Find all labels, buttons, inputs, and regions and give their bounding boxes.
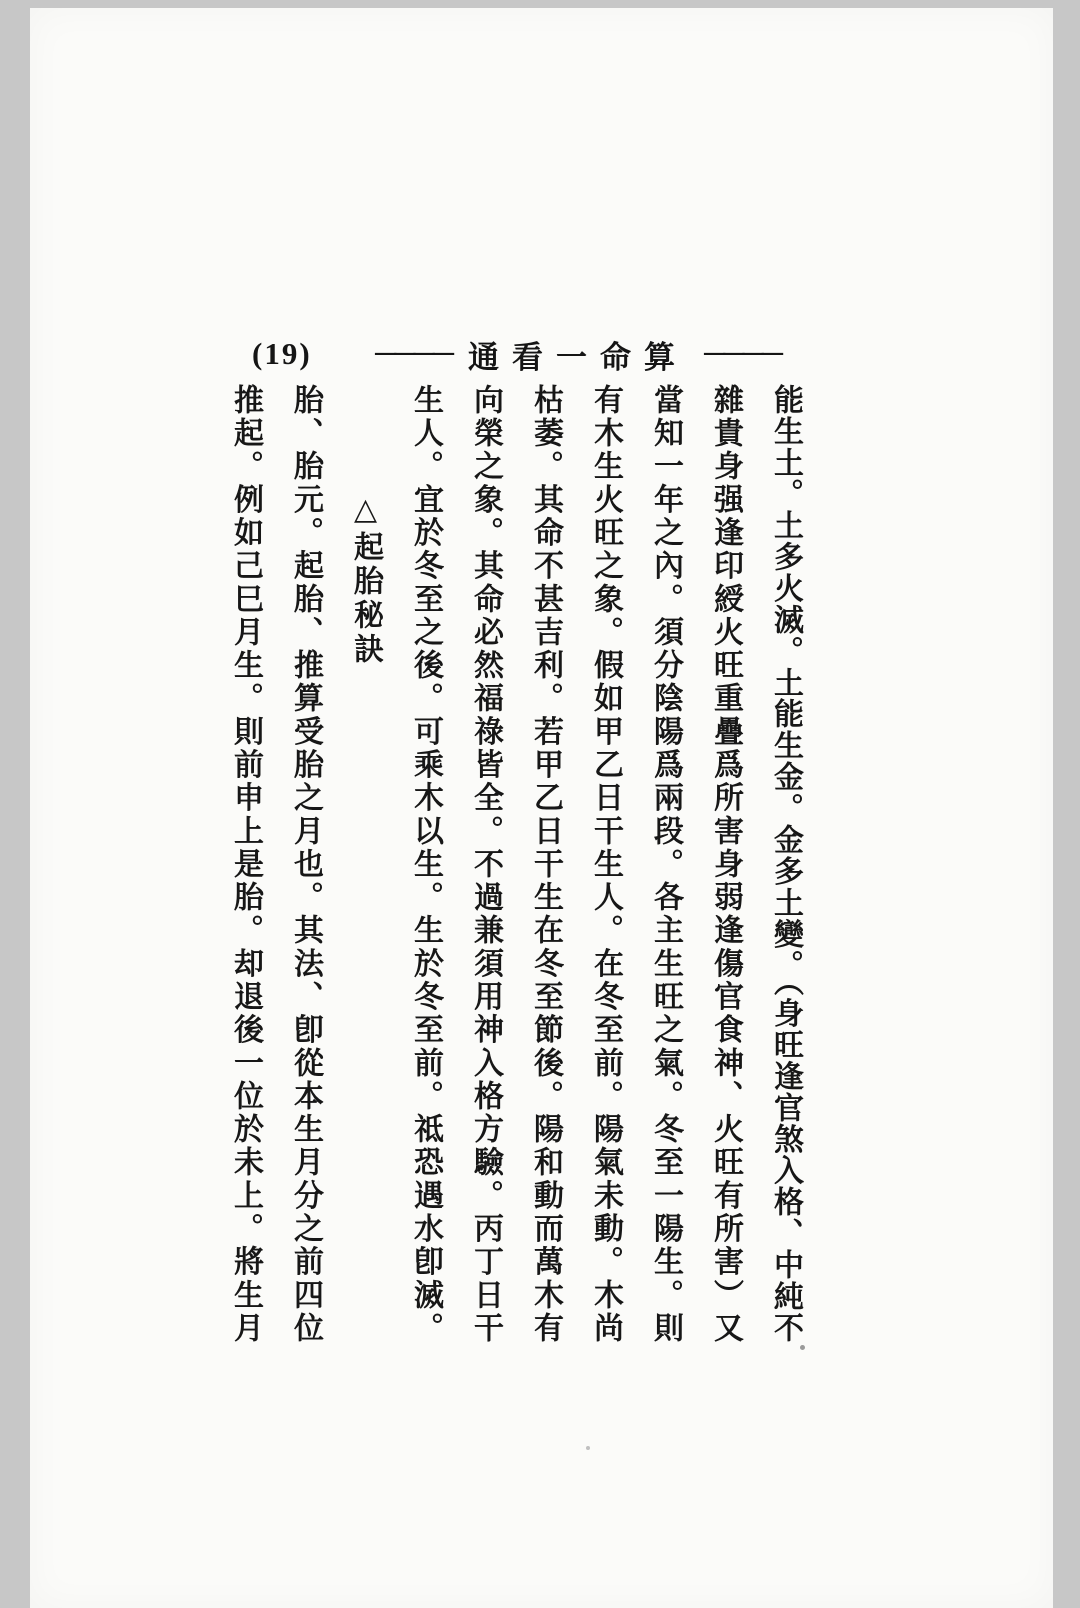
text-column-5: 枯萎。其命不甚吉利。若甲乙日干生在冬至節後。陽和動而萬木有: [515, 384, 575, 1342]
text-column-6: 向榮之象。其命必然福祿皆全。不過兼須用神入格方驗。丙丁日干: [455, 384, 515, 1342]
title-rule-left: ────: [375, 337, 452, 371]
page-header: (19) ──── 通看一命算 ────: [30, 328, 1053, 380]
vertical-text-body: 能生土。土多火滅。土能生金。金多土變。（身旺逢官煞入格、中純不 雜貴身强逢印綬火…: [215, 384, 815, 1342]
title-rule-right: ────: [704, 337, 781, 371]
scanned-book-page: (19) ──── 通看一命算 ──── 能生土。土多火滅。土能生金。金多土變。…: [0, 0, 1080, 1608]
paper-sheet: (19) ──── 通看一命算 ──── 能生土。土多火滅。土能生金。金多土變。…: [30, 8, 1053, 1608]
text-column-2: 雜貴身强逢印綬火旺重疊爲所害身弱逢傷官食神、火旺有所害）又: [695, 384, 755, 1342]
book-title: 通看一命算: [468, 332, 688, 377]
scan-speck: [586, 1446, 590, 1450]
text-column-7: 生人。宜於冬至之後。可乘木以生。生於冬至前。祗恐遇水卽滅。: [395, 384, 455, 1342]
text-column-4: 有木生火旺之象。假如甲乙日干生人。在冬至前。陽氣未動。木尚: [575, 384, 635, 1342]
text-column-9: 胎、胎元。起胎、推算受胎之月也。其法、卽從本生月分之前四位: [275, 384, 335, 1342]
scan-speck: [800, 1345, 805, 1350]
text-column-1: 能生土。土多火滅。土能生金。金多土變。（身旺逢官煞入格、中純不: [755, 384, 815, 1342]
page-number: (19): [252, 336, 312, 372]
section-heading-column: △起胎秘訣: [335, 384, 395, 1342]
text-column-10: 推起。例如己巳月生。則前申上是胎。却退後一位於未上。將生月: [215, 384, 275, 1342]
text-column-3: 當知一年之內。須分陰陽爲兩段。各主生旺之氣。冬至一陽生。則: [635, 384, 695, 1342]
running-title: ──── 通看一命算 ────: [375, 328, 781, 380]
